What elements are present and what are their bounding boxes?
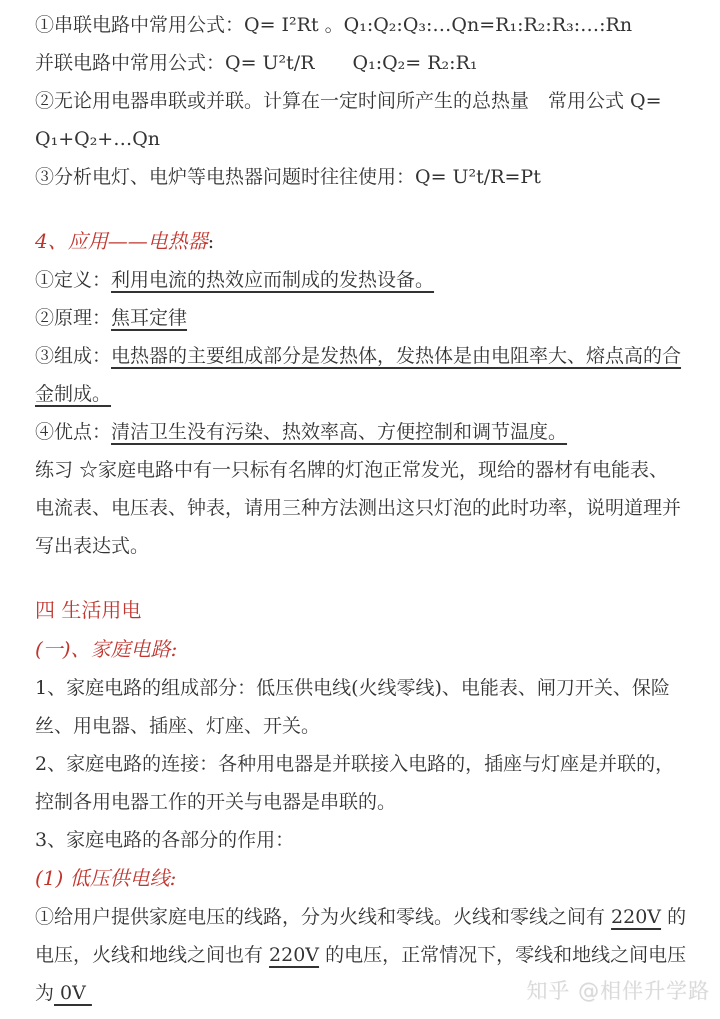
underlined-text: 金制成。 [35,383,111,405]
heading-low-voltage-supply-line: (1) 低压供电线: [35,859,694,898]
underlined-text: 清洁卫生没有污染、热效率高、方便控制和调节温度。 [111,421,567,443]
heater-advantages-line: ④优点：清洁卫生没有污染、热效率高、方便控制和调节温度。 [35,413,694,451]
heading-section-four-daily-electricity: 四 生活用电 [35,591,694,630]
text-run: 的电压，正常情况下，零线和地线之间电压 [319,944,686,966]
text-run: Q₁+Q₂+…Qn [35,128,160,150]
heading-red-text: 四 生活用电 [35,598,141,622]
heater-definition-line: ①定义：利用电流的热效应而制成的发热设备。 [35,261,694,299]
total-heat-line: ②无论用电器串联或并联。计算在一定时间所产生的总热量 常用公式 Q= [35,82,694,120]
heater-composition-line-2: 金制成。 [35,375,694,413]
circuit-connection-line-1: 2、家庭电路的连接：各种用电器是并联接入电路的，插座与灯座是并联的， [35,745,694,783]
text-run: 为 [35,982,54,1004]
section-gap [35,565,694,591]
circuit-components-line-1: 1、家庭电路的组成部分：低压供电线(火线零线)、电能表、闸刀开关、保险 [35,669,694,707]
text-run: ②原理： [35,307,111,329]
text-run: ②无论用电器串联或并联。计算在一定时间所产生的总热量 常用公式 Q= [35,90,662,112]
text-run: 2、家庭电路的连接：各种用电器是并联接入电路的，插座与灯座是并联的， [35,753,674,775]
text-run: 1、家庭电路的组成部分：低压供电线(火线零线)、电能表、闸刀开关、保险 [35,677,670,699]
exercise-line-2: 电流表、电压表、钟表，请用三种方法测出这只灯泡的此时功率，说明道理并 [35,489,694,527]
document-page: ①串联电路中常用公式：Q= I²Rt 。Q₁:Q₂:Q₃:…Qn=R₁:R₂:R… [0,0,720,1012]
live-neutral-wire-line-2: 电压，火线和地线之间也有 220V 的电压，正常情况下，零线和地线之间电压 [35,936,694,974]
text-run: ①串联电路中常用公式：Q= I²Rt 。Q₁:Q₂:Q₃:…Qn=R₁:R₂:R… [35,14,632,36]
text-run: 的 [661,906,686,928]
zhihu-watermark: 知乎 @相伴升学路 [526,975,710,1005]
text-run: ③分析电灯、电炉等电热器问题时往往使用：Q= U²t/R=Pt [35,166,541,188]
heater-composition-line: ③组成：电热器的主要组成部分是发热体，发热体是由电阻率大、熔点高的合 [35,337,694,375]
text-run: 丝、用电器、插座、灯座、开关。 [35,715,320,737]
underlined-text: 电热器的主要组成部分是发热体，发热体是由电阻率大、熔点高的合 [111,345,681,367]
underlined-text: 利用电流的热效应而制成的发热设备。 [111,269,434,291]
underlined-text: 220V [611,906,661,928]
circuit-parts-function-line: 3、家庭电路的各部分的作用： [35,821,694,859]
heat-sum-formula-line: Q₁+Q₂+…Qn [35,120,694,158]
text-run: : [208,231,214,253]
heater-analysis-formula-line: ③分析电灯、电炉等电热器问题时往往使用：Q= U²t/R=Pt [35,158,694,196]
text-run: ①定义： [35,269,111,291]
text-run: ③组成： [35,345,111,367]
circuit-components-line-2: 丝、用电器、插座、灯座、开关。 [35,707,694,745]
text-run: 电流表、电压表、钟表，请用三种方法测出这只灯泡的此时功率，说明道理并 [35,497,681,519]
text-run: 控制各用电器工作的开关与电器是串联的。 [35,791,396,813]
heading-red-text: (一)、家庭电路: [35,637,177,661]
text-run: 练习 ☆家庭电路中有一只标有名牌的灯泡正常发光，现给的器材有电能表、 [35,459,668,481]
underlined-text: 焦耳定律 [111,307,187,329]
heater-principle-line: ②原理：焦耳定律 [35,299,694,337]
live-neutral-wire-line-1: ①给用户提供家庭电压的线路，分为火线和零线。火线和零线之间有 220V 的 [35,898,694,936]
text-run: ①给用户提供家庭电压的线路，分为火线和零线。火线和零线之间有 [35,906,611,928]
text-run: 电压，火线和地线之间也有 [35,944,269,966]
heading-application-heater: 4、应用——电热器: [35,222,694,261]
section-gap [35,196,694,222]
heading-red-text: 4、应用——电热器 [35,229,208,253]
text-run: 写出表达式。 [35,535,149,557]
text-run: 并联电路中常用公式：Q= U²t/R Q₁:Q₂= R₂:R₁ [35,52,478,74]
text-run: ④优点： [35,421,111,443]
exercise-line-3: 写出表达式。 [35,527,694,565]
text-run: 3、家庭电路的各部分的作用： [35,829,294,851]
parallel-circuit-formula-line: 并联电路中常用公式：Q= U²t/R Q₁:Q₂= R₂:R₁ [35,44,694,82]
circuit-connection-line-2: 控制各用电器工作的开关与电器是串联的。 [35,783,694,821]
exercise-line-1: 练习 ☆家庭电路中有一只标有名牌的灯泡正常发光，现给的器材有电能表、 [35,451,694,489]
series-circuit-formula-line: ①串联电路中常用公式：Q= I²Rt 。Q₁:Q₂:Q₃:…Qn=R₁:R₂:R… [35,6,694,44]
underlined-text: 0V [54,982,92,1004]
heading-household-circuit: (一)、家庭电路: [35,630,694,669]
underlined-text: 220V [269,944,319,966]
heading-red-text: (1) 低压供电线: [35,866,176,890]
